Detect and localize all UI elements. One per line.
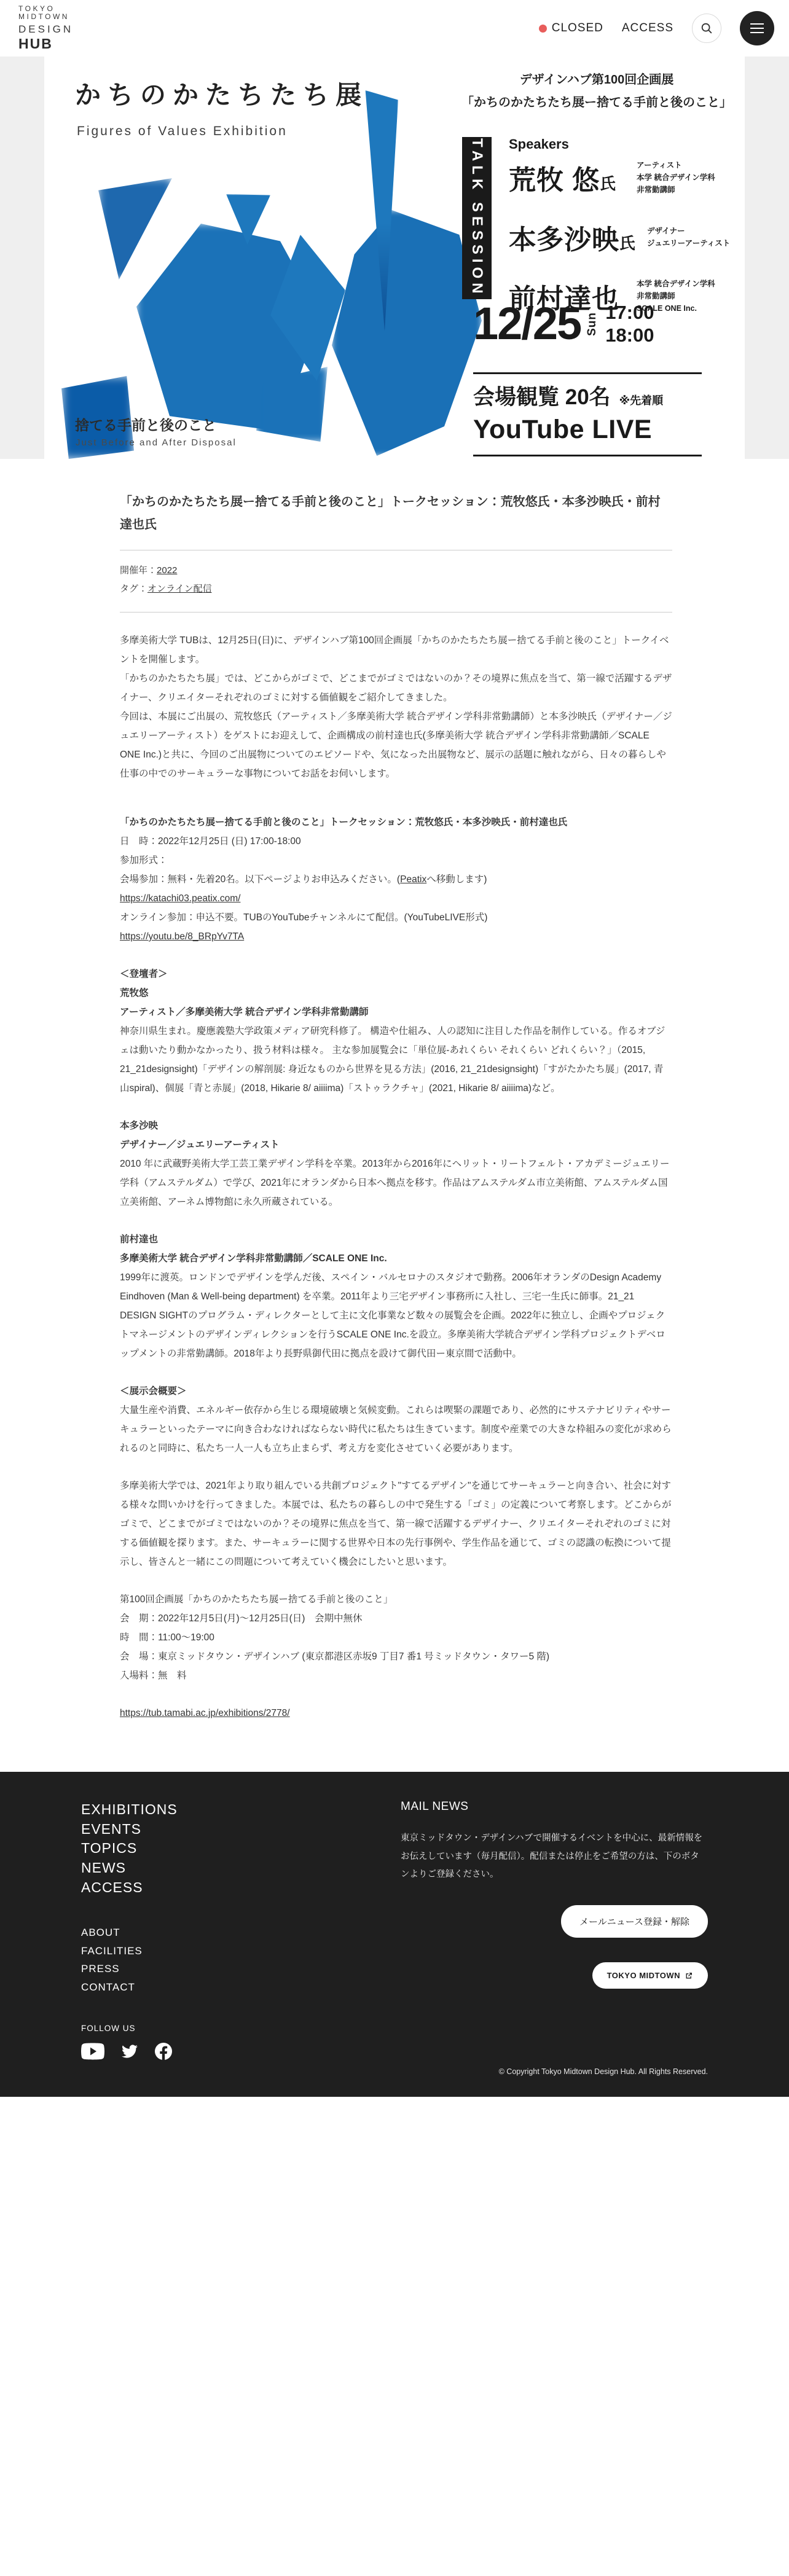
divider xyxy=(120,550,672,550)
speaker-bio-3: 前村達也 多摩美術大学 統合デザイン学科非常勤講師／SCALE ONE Inc.… xyxy=(120,1230,672,1363)
overview-paragraph-2: 多摩美術大学では、2021年より取り組んでいる共創プロジェクト"すてるデザイン"… xyxy=(120,1481,671,1567)
talk-session-banner: TALK SESSION xyxy=(462,137,492,299)
hero-divider-bottom xyxy=(473,455,702,456)
venue-note: ※先着順 xyxy=(619,392,664,408)
talk-session-label: TALK SESSION xyxy=(468,138,485,298)
speaker3-bio-text: 1999年に渡英。ロンドンでデザインを学んだ後、スペイン・バルセロナのスタジオで… xyxy=(120,1272,665,1359)
exhibition-dates: 会 期：2022年12月5日(月)～12月25日(日) 会期中無休 xyxy=(120,1613,362,1624)
header-actions: CLOSED ACCESS xyxy=(539,11,774,45)
event-online-line: オンライン参加：申込不要。TUBのYouTubeチャンネルにて配信。(YouTu… xyxy=(120,912,487,923)
speaker-bio-2: 本多沙映 デザイナー／ジュエリーアーティスト 2010 年に武蔵野美術大学工芸工… xyxy=(120,1116,672,1212)
speaker3-bio-name: 前村達也 xyxy=(120,1234,158,1245)
footer-nav-contact[interactable]: CONTACT xyxy=(81,1978,339,1997)
event-details-title: 「かちのかたちたち展ー捨てる手前と後のこと」トークセッション：荒牧悠氏・本多沙映… xyxy=(120,817,567,828)
footer-main-nav: EXHIBITIONS EVENTS TOPICS NEWS ACCESS xyxy=(81,1800,339,1898)
exhibition-hours: 時 間：11:00～19:00 xyxy=(120,1632,214,1643)
speaker2-bio-name: 本多沙映 xyxy=(120,1121,158,1131)
speaker2-suffix: 氏 xyxy=(619,234,636,253)
event-date-row: 12/25 Sun 17:00 18:00 xyxy=(473,301,654,346)
mail-news-title: MAIL NEWS xyxy=(401,1800,708,1814)
youtube-live-label: YouTube LIVE xyxy=(473,415,652,445)
site-footer: EXHIBITIONS EVENTS TOPICS NEWS ACCESS AB… xyxy=(0,1772,789,2097)
event-datetime: 日 時：2022年12月25日 (日) 17:00-18:00 xyxy=(120,836,301,847)
mail-news-signup-button[interactable]: メールニュース登録・解除 xyxy=(561,1905,708,1938)
tokyo-midtown-button[interactable]: TOKYO MIDTOWN xyxy=(592,1962,708,1989)
follow-us-label: FOLLOW US xyxy=(81,2024,339,2033)
event-venue-line: 会場参加：無料・先着20名。以下ページよりお申込みください。(Peatixへ移動… xyxy=(120,874,487,885)
meta-tag-link[interactable]: オンライン配信 xyxy=(147,584,212,594)
meta-tag-row: タグ：オンライン配信 xyxy=(120,580,672,598)
logo-line-midtown: MIDTOWN xyxy=(18,13,73,21)
event-time-end: 18:00 xyxy=(605,324,654,346)
exhibition-title: 第100回企画展「かちのかたちたち展ー捨てる手前と後のこと」 xyxy=(120,1594,393,1605)
hero-divider-top xyxy=(473,372,702,374)
hero-banner-image: かちのかたちたち展 Figures of Values Exhibition 捨… xyxy=(44,57,745,459)
social-links xyxy=(81,2043,339,2060)
speaker1-bio-role: アーティスト／多摩美術大学 統合デザイン学科非常勤講師 xyxy=(120,1007,369,1017)
logo-line-hub: HUB xyxy=(18,36,73,52)
speaker-bio-1: ＜登壇者＞ 荒牧悠 アーティスト／多摩美術大学 統合デザイン学科非常勤講師 神奈… xyxy=(120,965,672,1098)
footer-nav-access[interactable]: ACCESS xyxy=(81,1878,339,1898)
exhibition-url-block: https://tub.tamabi.ac.jp/exhibitions/277… xyxy=(120,1704,672,1723)
footer-nav-facilities[interactable]: FACILITIES xyxy=(81,1942,339,1960)
speaker2-name: 本多沙映 xyxy=(509,225,619,255)
hero-event-line2: 「かちのかたちたち展ー捨てる手前と後のこと」 xyxy=(455,92,739,114)
youtube-url-link[interactable]: https://youtu.be/8_BRpYv7TA xyxy=(120,931,244,942)
exhibition-url-link[interactable]: https://tub.tamabi.ac.jp/exhibitions/277… xyxy=(120,1708,290,1718)
footer-nav-news[interactable]: NEWS xyxy=(81,1858,339,1878)
hero-event-label: デザインハブ第100回企画展 「かちのかたちたち展ー捨てる手前と後のこと」 xyxy=(455,69,739,114)
exhibition-info-block: 第100回企画展「かちのかたちたち展ー捨てる手前と後のこと」 会 期：2022年… xyxy=(120,1590,672,1685)
site-logo[interactable]: TOKYO MIDTOWN DESIGN HUB xyxy=(18,5,73,52)
hero-speaker-1: 荒牧 悠氏 アーティスト 本学 統合デザイン学科 非常勤講師 xyxy=(509,158,715,197)
exhibition-venue: 会 場：東京ミッドタウン・デザインハブ (東京都港区赤坂9 丁目7 番1 号ミッ… xyxy=(120,1651,549,1662)
intro-paragraph: 多摩美術大学 TUBは、12月25日(日)に、デザインハブ第100回企画展「かち… xyxy=(120,631,672,783)
article-meta: 開催年：2022 タグ：オンライン配信 xyxy=(120,562,672,598)
meta-year-row: 開催年：2022 xyxy=(120,562,672,580)
page-title: 「かちのかたちたち展ー捨てる手前と後のこと」トークセッション：荒牧悠氏・本多沙映… xyxy=(120,491,672,536)
page: TOKYO MIDTOWN DESIGN HUB CLOSED ACCESS xyxy=(0,0,789,2576)
logo-line-design: DESIGN xyxy=(18,24,73,36)
overview-block-2: 多摩美術大学では、2021年より取り組んでいる共創プロジェクト"すてるデザイン"… xyxy=(120,1476,672,1572)
peatix-inline-link[interactable]: Peatix xyxy=(400,874,426,885)
footer-mail-news: MAIL NEWS 東京ミッドタウン・デザインハブで開催するイベントを中心に、最… xyxy=(401,1800,708,2060)
speaker1-bio-text: 神奈川県生まれ。慶應義塾大学政策メディア研究科修了。 構造や仕組み、人の認知に注… xyxy=(120,1026,665,1094)
search-button[interactable] xyxy=(692,14,721,43)
blue-shape-polygon-right xyxy=(332,210,482,456)
footer-nav-about[interactable]: ABOUT xyxy=(81,1924,339,1942)
youtube-icon[interactable] xyxy=(81,2043,104,2060)
speaker1-suffix: 氏 xyxy=(600,174,616,193)
search-icon xyxy=(700,22,713,35)
event-details-block: 「かちのかたちたち展ー捨てる手前と後のこと」トークセッション：荒牧悠氏・本多沙映… xyxy=(120,813,672,946)
hero-title-jp: かちのかたちたち展 xyxy=(75,75,368,112)
venue-capacity: 会場観覧 20名 xyxy=(473,380,611,411)
copyright-text: © Copyright Tokyo Midtown Design Hub. Al… xyxy=(499,2067,708,2076)
external-link-icon xyxy=(685,1971,693,1979)
speakers-label: Speakers xyxy=(509,136,569,152)
speaker2-bio-text: 2010 年に武蔵野美術大学工芸工業デザイン学科を卒業。2013年から2016年… xyxy=(120,1159,670,1207)
footer-nav-events[interactable]: EVENTS xyxy=(81,1820,339,1839)
overview-heading: ＜展示会概要＞ xyxy=(120,1386,187,1396)
speaker2-roles: デザイナー ジュエリーアーティスト xyxy=(647,225,730,249)
status-dot-icon xyxy=(539,25,547,33)
hero-subtitle-jp: 捨てる手前と後のこと xyxy=(75,414,216,434)
hero-section: かちのかたちたち展 Figures of Values Exhibition 捨… xyxy=(0,57,789,459)
hero-event-line1: デザインハブ第100回企画展 xyxy=(455,69,739,92)
speaker1-name: 荒牧 悠 xyxy=(509,165,600,195)
footer-nav-press[interactable]: PRESS xyxy=(81,1960,339,1978)
footer-nav-topics[interactable]: TOPICS xyxy=(81,1839,339,1858)
speaker1-bio-name: 荒牧悠 xyxy=(120,988,149,998)
overview-block-1: ＜展示会概要＞ 大量生産や消費、エネルギー依存から生じる環境破壊と気候変動。これ… xyxy=(120,1382,672,1458)
footer-nav: EXHIBITIONS EVENTS TOPICS NEWS ACCESS AB… xyxy=(81,1800,339,2060)
article-main: 「かちのかたちたち展ー捨てる手前と後のこと」トークセッション：荒牧悠氏・本多沙映… xyxy=(0,459,789,1772)
access-link[interactable]: ACCESS xyxy=(622,22,673,35)
speaker3-bio-role: 多摩美術大学 統合デザイン学科非常勤講師／SCALE ONE Inc. xyxy=(120,1253,387,1264)
overview-paragraph-1: 大量生産や消費、エネルギー依存から生じる環境破壊と気候変動。これらは喫緊の課題で… xyxy=(120,1405,672,1454)
divider xyxy=(120,612,672,613)
exhibition-admission: 入場料：無 料 xyxy=(120,1670,187,1681)
speaker2-bio-role: デザイナー／ジュエリーアーティスト xyxy=(120,1140,280,1150)
hero-subtitle-en: Just Before and After Disposal xyxy=(76,437,237,448)
blue-shape-triangle-blurred xyxy=(98,178,172,280)
hero-speaker-2: 本多沙映氏 デザイナー ジュエリーアーティスト xyxy=(509,217,730,257)
event-format-label: 参加形式： xyxy=(120,855,168,866)
speaker1-roles: アーティスト 本学 統合デザイン学科 非常勤講師 xyxy=(637,159,715,196)
peatix-url-link[interactable]: https://katachi03.peatix.com/ xyxy=(120,893,240,904)
footer-sub-nav: ABOUT FACILITIES PRESS CONTACT xyxy=(81,1924,339,1997)
facebook-icon[interactable] xyxy=(155,2043,172,2060)
venue-capacity-row: 会場観覧 20名 ※先着順 xyxy=(473,380,663,411)
meta-year-link[interactable]: 2022 xyxy=(157,565,177,576)
tokyo-midtown-label: TOKYO MIDTOWN xyxy=(607,1971,680,1980)
hamburger-menu-icon xyxy=(750,23,764,25)
footer-nav-exhibitions[interactable]: EXHIBITIONS xyxy=(81,1800,339,1820)
hero-title-en: Figures of Values Exhibition xyxy=(77,124,288,139)
mail-news-text: 東京ミッドタウン・デザインハブで開催するイベントを中心に、最新情報をお伝えしてい… xyxy=(401,1830,708,1884)
event-time-start: 17:00 xyxy=(605,301,654,324)
speakers-heading: ＜登壇者＞ xyxy=(120,969,168,979)
hamburger-menu-button[interactable] xyxy=(740,11,774,45)
site-header: TOKYO MIDTOWN DESIGN HUB CLOSED ACCESS xyxy=(0,0,789,57)
status-label: CLOSED xyxy=(552,22,603,35)
event-date: 12/25 xyxy=(473,301,581,346)
event-day: Sun xyxy=(586,312,599,336)
bottom-whitespace xyxy=(0,2097,789,2576)
event-times: 17:00 18:00 xyxy=(605,301,654,346)
open-status: CLOSED xyxy=(539,22,603,35)
twitter-icon[interactable] xyxy=(120,2043,139,2059)
